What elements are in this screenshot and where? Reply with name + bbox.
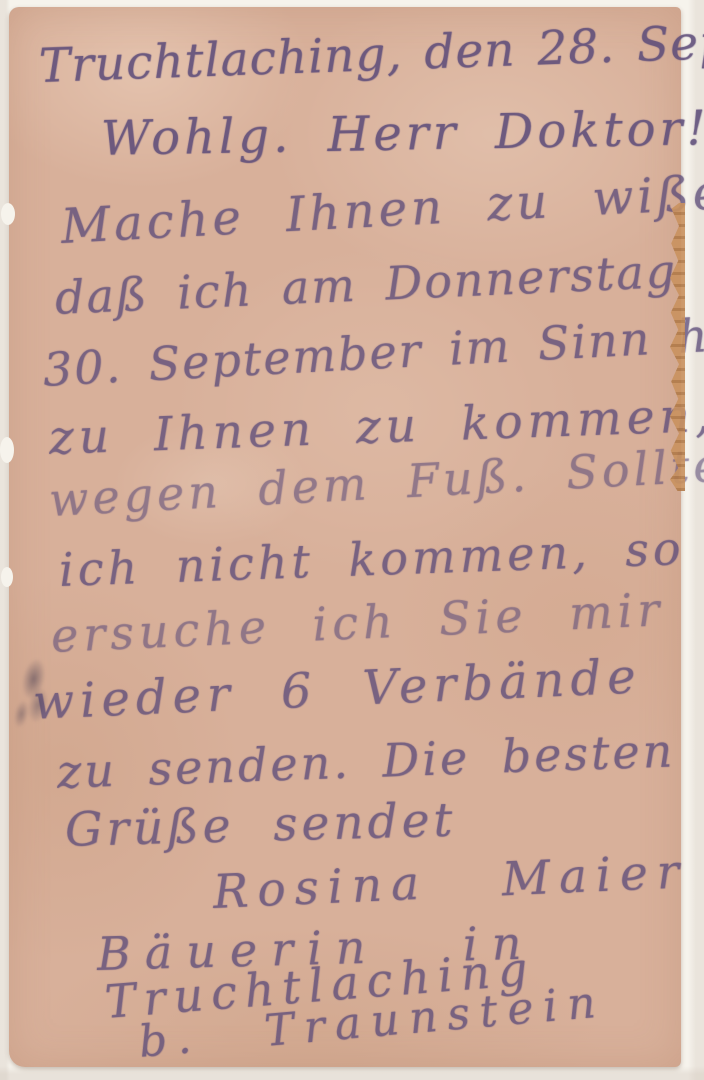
handwriting-line-3: Mache Ihnen zu wißen xyxy=(60,166,704,251)
handwriting-line-salutation: Wohlg. Herr Doktor! xyxy=(101,104,704,163)
signature-name: Rosina Maier xyxy=(212,848,689,916)
handwriting-line-8: ich nicht kommen, so xyxy=(58,525,685,593)
scan-background: Truchtlaching, den 28. Sept. 23. Wohlg. … xyxy=(0,0,704,1080)
handwriting-line-4: daß ich am Donnerstag den xyxy=(54,243,704,321)
postcard-paper: Truchtlaching, den 28. Sept. 23. Wohlg. … xyxy=(9,7,681,1067)
paper-edge-chip xyxy=(1,203,15,225)
handwriting-line-10: wieder 6 Verbände xyxy=(32,652,642,727)
handwriting-line-dateline: Truchtlaching, den 28. Sept. 23. xyxy=(38,14,704,90)
handwriting-line-12: Grüße sendet xyxy=(64,797,457,854)
paper-edge-chip xyxy=(0,437,14,463)
paper-edge-chip xyxy=(1,567,13,587)
handwriting-line-9: ersuche ich Sie mir xyxy=(50,586,665,659)
handwriting-line-11: zu senden. Die besten xyxy=(56,727,676,795)
